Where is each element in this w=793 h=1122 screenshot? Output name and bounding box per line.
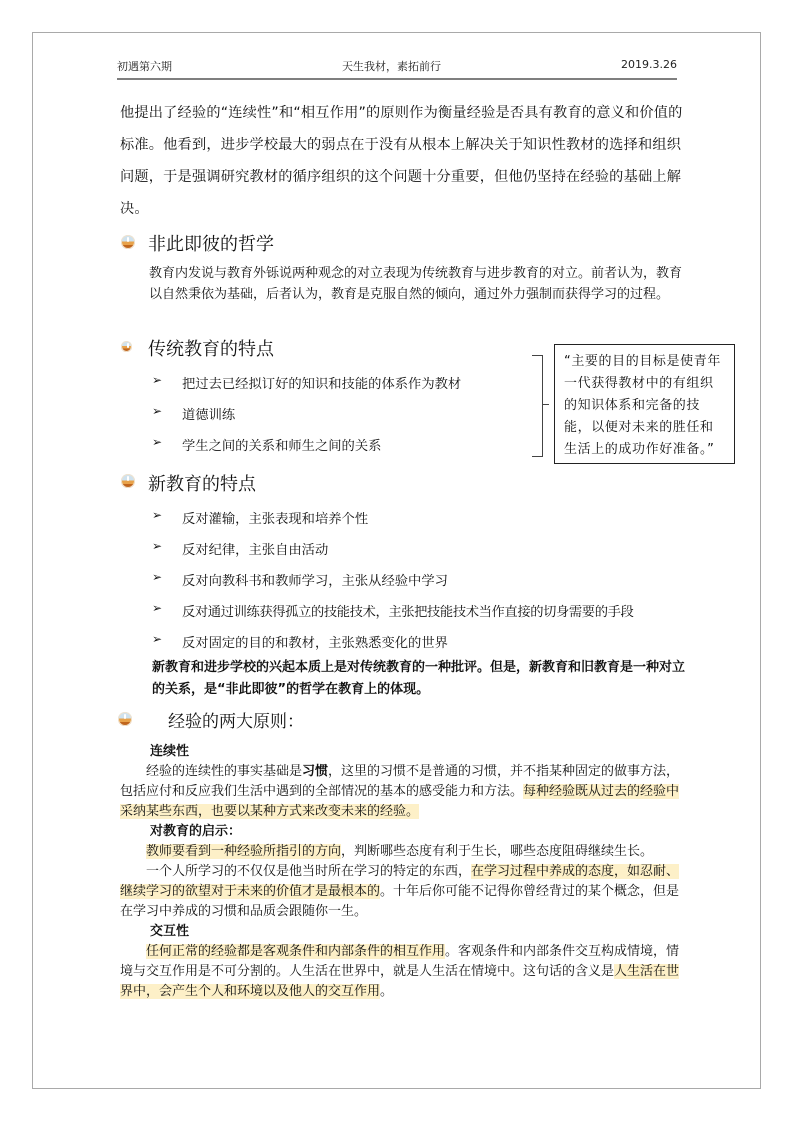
new-education-bullet-list: ➢ 反对灌输，主张表现和培养个性 ➢ 反对纪律，主张自由活动 ➢ 反对向教科书和…	[152, 508, 692, 658]
implication-heading: 对教育的启示：	[120, 822, 690, 842]
header-date: 2019.3.26	[621, 58, 677, 71]
right-brace-tip	[542, 404, 549, 405]
quote-box: “主要的目的目标是使青年一代获得教材中的有组织的知识体系和完备的技能，以便对未来…	[554, 344, 735, 464]
header-slogan: 天生我材，素拓前行	[342, 58, 441, 74]
section-title-two-principles: 经验的两大原则：	[168, 707, 304, 732]
desert-landscape-icon	[121, 235, 135, 249]
section-title-new-education: 新教育的特点	[148, 470, 256, 496]
arrow-bullet-icon: ➢	[152, 570, 162, 584]
interaction-heading: 交互性	[120, 922, 690, 942]
arrow-bullet-icon: ➢	[152, 601, 162, 615]
traditional-bullet-list: ➢ 把过去已经拟订好的知识和技能的体系作为教材 ➢ 道德训练 ➢ 学生之间的关系…	[152, 373, 532, 463]
section-body-either-or: 教育内发说与教育外铄说两种观念的对立表现为传统教育与进步教育的对立。前者认为，教…	[149, 263, 689, 305]
page-header: 初遇第六期 天生我材，素拓前行 2019.3.26	[117, 56, 677, 80]
continuity-paragraph: 经验的连续性的事实基础是习惯，这里的习惯不是普通的习惯，并不指某种固定的做事方法…	[120, 762, 690, 822]
section-title-traditional: 传统教育的特点	[148, 335, 274, 361]
arrow-bullet-icon: ➢	[152, 508, 162, 522]
intro-paragraph: 他提出了经验的“连续性”和“相互作用”的原则作为衡量经验是否具有教育的意义和价值…	[120, 97, 690, 225]
interaction-paragraph: 任何正常的经验都是客观条件和内部条件的相互作用。客观条件和内部条件交互构成情境，…	[120, 942, 690, 1002]
header-issue: 初遇第六期	[117, 58, 172, 74]
arrow-bullet-icon: ➢	[152, 435, 162, 449]
new-education-summary: 新教育和进步学校的兴起本质上是对传统教育的一种批评。但是，新教育和旧教育是一种对…	[152, 657, 687, 701]
right-brace	[532, 355, 543, 457]
arrow-bullet-icon: ➢	[152, 373, 162, 387]
arrow-bullet-icon: ➢	[152, 404, 162, 418]
highlighted-text: 教师要看到一种经验所指引的方向	[146, 844, 341, 859]
arrow-bullet-icon: ➢	[152, 539, 162, 553]
section-title-either-or: 非此即彼的哲学	[148, 230, 274, 256]
implication-paragraph: 教师要看到一种经验所指引的方向，判断哪些态度有利于生长，哪些态度阻碍继续生长。	[120, 842, 690, 862]
continuity-heading: 连续性	[120, 742, 690, 762]
desert-landscape-icon	[118, 712, 132, 726]
highlighted-text: 任何正常的经验都是客观条件和内部条件的相互作用	[146, 944, 445, 959]
desert-landscape-icon	[121, 474, 135, 488]
learning-paragraph: 一个人所学习的不仅仅是他当时所在学习的特定的东西，在学习过程中养成的态度，如忍耐…	[120, 862, 690, 922]
arrow-bullet-icon: ➢	[152, 632, 162, 646]
desert-landscape-icon	[121, 341, 132, 352]
continuity-block: 连续性 经验的连续性的事实基础是习惯，这里的习惯不是普通的习惯，并不指某种固定的…	[120, 742, 690, 1002]
